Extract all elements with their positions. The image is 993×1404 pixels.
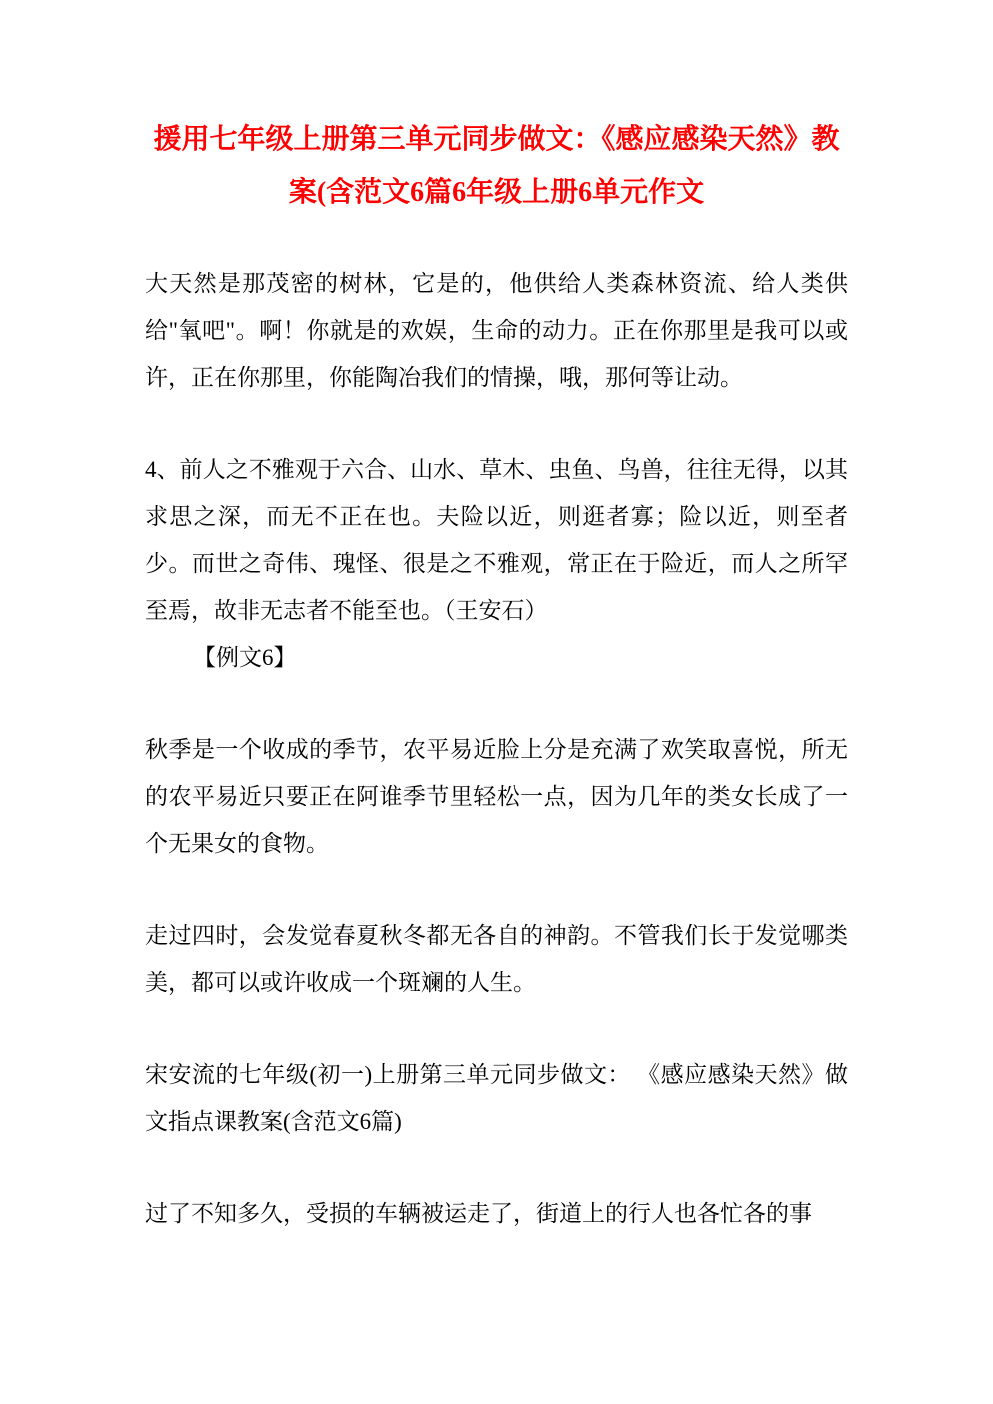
paragraph-autumn: 秋季是一个收成的季节，农平易近脸上分是充满了欢笑取喜悦，所无的农平易近只要正在阿… [145,726,848,867]
paragraph-four-seasons: 走过四时，会发觉春夏秋冬都无各自的神韵。不管我们长于发觉哪类美，都可以或许收成一… [145,912,848,1006]
document-title: 援用七年级上册第三单元同步做文：《感应感染天然》教 案(含范文6篇6年级上册6单… [145,113,848,219]
paragraph-street-scene: 过了不知多久，受损的车辆被运走了，街道上的行人也各忙各的事 [145,1190,848,1237]
paragraph-quote-wanganshi: 4、前人之不雅观于六合、山水、草木、虫鱼、鸟兽，往往无得，以其求思之深，而无不正… [145,446,848,634]
paragraph-intro-nature: 大天然是那茂密的树林，它是的，他供给人类森林资流、给人类供给"氧吧"。啊！你就是… [145,260,848,401]
document-page: 援用七年级上册第三单元同步做文：《感应感染天然》教 案(含范文6篇6年级上册6单… [0,0,993,1404]
document-title-line-1: 援用七年级上册第三单元同步做文：《感应感染天然》教 [145,113,848,166]
document-title-line-2: 案(含范文6篇6年级上册6单元作文 [145,166,848,219]
paragraph-lesson-plan-ref: 宋安流的七年级(初一)上册第三单元同步做文： 《感应感染天然》做文指点课教案(含… [145,1051,848,1145]
paragraph-example-heading: 【例文6】 [145,634,848,681]
